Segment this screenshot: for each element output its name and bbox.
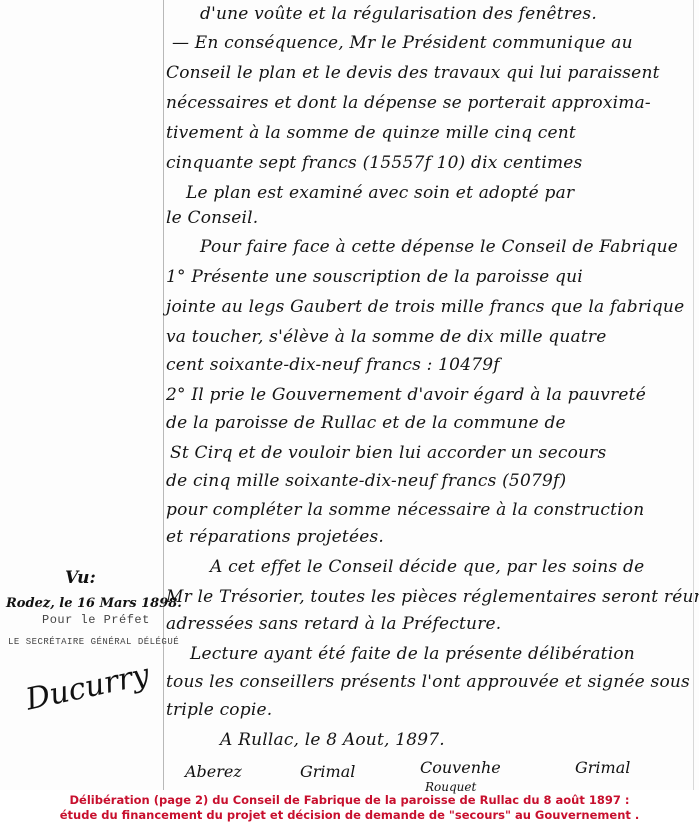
manuscript-line: — En conséquence, Mr le Président commun… bbox=[172, 33, 633, 53]
caption-line-1: Délibération (page 2) du Conseil de Fabr… bbox=[0, 793, 699, 808]
manuscript-line: 1° Présente une souscription de la paroi… bbox=[166, 267, 583, 287]
manuscript-line: nécessaires et dont la dépense se porter… bbox=[166, 93, 651, 113]
signature: Aberez bbox=[185, 762, 242, 781]
manuscript-line: Lecture ayant été faite de la présente d… bbox=[190, 644, 635, 664]
manuscript-line: et réparations projetées. bbox=[166, 527, 384, 547]
manuscript-line: St Cirq et de vouloir bien lui accorder … bbox=[170, 443, 606, 463]
stamp-secretaire: LE SECRÉTAIRE GÉNÉRAL DÉLÉGUÉ bbox=[8, 637, 179, 647]
page-edge bbox=[693, 0, 694, 790]
manuscript-line: de la paroisse de Rullac et de la commun… bbox=[166, 413, 566, 433]
manuscript-line: cinquante sept francs (15557f 10) dix ce… bbox=[166, 153, 582, 173]
image-caption: Délibération (page 2) du Conseil de Fabr… bbox=[0, 793, 699, 823]
manuscript-line: d'une voûte et la régularisation des fen… bbox=[200, 4, 597, 24]
manuscript-line: jointe au legs Gaubert de trois mille fr… bbox=[166, 297, 684, 317]
signature: Couvenhe bbox=[420, 758, 501, 777]
prefecture-signature: Ducurry bbox=[23, 657, 153, 717]
margin-date: Rodez, le 16 Mars 1898. bbox=[6, 596, 182, 611]
signature: Grimal bbox=[300, 762, 355, 781]
signature: Grimal bbox=[575, 758, 630, 777]
manuscript-line: A cet effet le Conseil décide que, par l… bbox=[210, 557, 644, 577]
manuscript-line: Conseil le plan et le devis des travaux … bbox=[166, 63, 660, 83]
signature: Rouquet bbox=[425, 780, 476, 794]
manuscript-line: pour compléter la somme nécessaire à la … bbox=[166, 500, 644, 520]
manuscript-line: Le plan est examiné avec soin et adopté … bbox=[186, 183, 574, 203]
manuscript-line: tous les conseillers présents l'ont appr… bbox=[166, 672, 690, 692]
margin-rule bbox=[163, 0, 164, 790]
manuscript-line: va toucher, s'élève à la somme de dix mi… bbox=[166, 327, 607, 347]
manuscript-line: tivement à la somme de quinze mille cinq… bbox=[166, 123, 576, 143]
manuscript-line: triple copie. bbox=[166, 700, 272, 720]
manuscript-line: Pour faire face à cette dépense le Conse… bbox=[200, 237, 678, 257]
manuscript-line: Mr le Trésorier, toutes les pièces régle… bbox=[166, 587, 699, 607]
manuscript-line: cent soixante-dix-neuf francs : 10479f bbox=[166, 355, 500, 375]
manuscript-line: A Rullac, le 8 Aout, 1897. bbox=[220, 730, 445, 750]
margin-vu: Vu: bbox=[65, 568, 96, 588]
manuscript-line: 2° Il prie le Gouvernement d'avoir égard… bbox=[166, 385, 646, 405]
stamp-pour-le-prefet: Pour le Préfet bbox=[42, 613, 150, 627]
manuscript-page: d'une voûte et la régularisation des fen… bbox=[0, 0, 699, 790]
manuscript-line: de cinq mille soixante-dix-neuf francs (… bbox=[166, 471, 566, 491]
caption-line-2: étude du financement du projet et décisi… bbox=[0, 808, 699, 823]
manuscript-line: le Conseil. bbox=[166, 208, 258, 228]
manuscript-line: adressées sans retard à la Préfecture. bbox=[166, 614, 501, 634]
